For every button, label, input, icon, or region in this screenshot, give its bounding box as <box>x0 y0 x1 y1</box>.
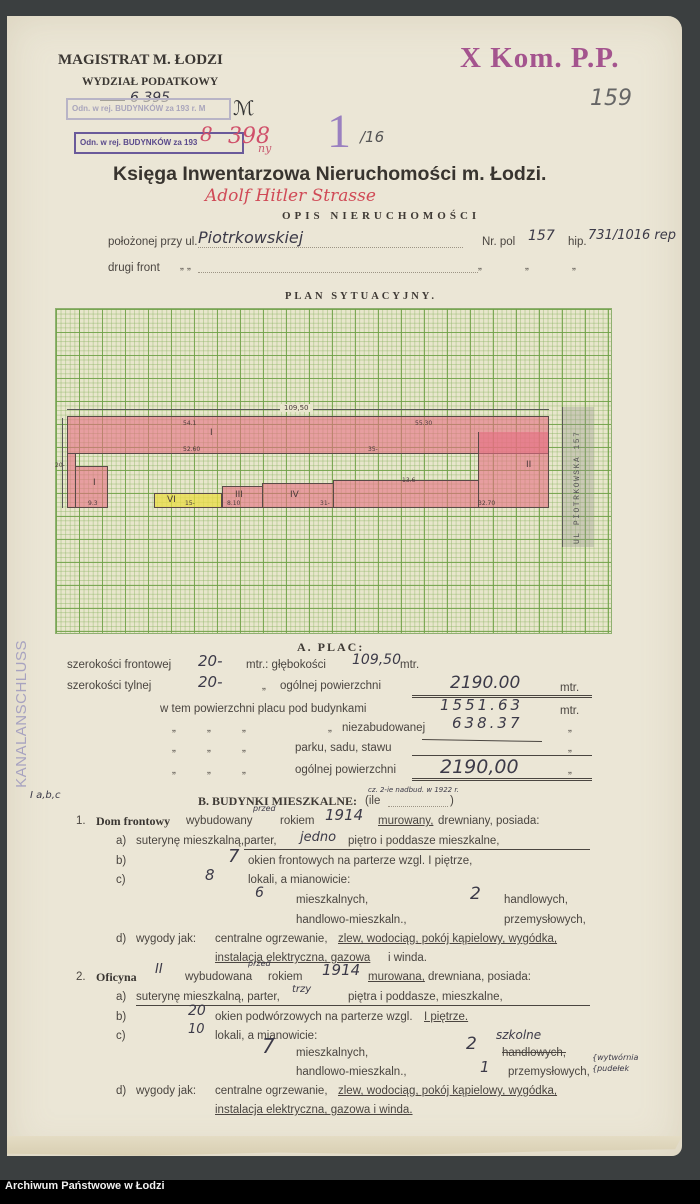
polozonej-label: położonej przy ul. <box>108 236 198 248</box>
hip-label: hip. <box>568 236 587 248</box>
plan-roman-IV: IV <box>290 490 299 500</box>
plan-roman-I: I <box>210 428 213 438</box>
ditto-row-1: „ „ „ <box>172 722 260 734</box>
hip-value: 731/1016 rep <box>588 228 676 243</box>
dom-c-hand: 8 <box>205 866 215 884</box>
dom-handl-hand: 2 <box>470 884 481 904</box>
oficyna-b-hand: 20 <box>188 1003 206 1019</box>
ditto-marks-left: „ „ <box>180 260 191 272</box>
nr-pol-value: 157 <box>528 228 555 244</box>
dom-d-wygody: wygody jak: <box>136 933 196 945</box>
dom-year: 1914 <box>325 806 363 824</box>
dom-b-hand: 7 <box>228 846 239 867</box>
plan-label-top-left-inner: 52.60 <box>183 446 200 453</box>
signature-initials: ℳ <box>233 96 254 120</box>
ogolnej2-ditto: „ <box>568 764 572 776</box>
oficyna-a-hand: trzy <box>292 984 311 995</box>
dom-d-line2-rest: i winda. <box>388 952 427 964</box>
dom-a-text-2: piętro i poddasze mieszkalne, <box>348 835 500 847</box>
plan-roman-I-left: I <box>93 478 96 488</box>
faded-registry-stamp: Odn. w rej. BUDYNKÓW za 193 r. M <box>66 98 231 120</box>
dom-przed: przed <box>253 804 276 813</box>
folio-number: 159 <box>590 86 632 111</box>
book-title: Księga Inwentarzowa Nieruchomości m. Łod… <box>113 163 546 186</box>
oficyna-szkolne-hand: 2 <box>466 1034 477 1054</box>
parku-ditto: „ <box>568 742 572 754</box>
ile-label: (ile <box>365 795 380 807</box>
ile-close: ) <box>450 795 454 807</box>
oficyna-mieszk-label: mieszkalnych, <box>296 1047 368 1059</box>
dom-d-centralne: centralne ogrzewanie, <box>215 933 328 945</box>
oficyna-mieszk-hand: 7 <box>262 1034 275 1058</box>
oficyna-murowana: murowana, <box>368 971 425 983</box>
dom-label: Dom frontowy <box>96 814 170 829</box>
ogolnej2-value: 2190,00 <box>440 756 519 778</box>
oficyna-przem-hand: 1 <box>480 1058 490 1076</box>
oficyna-rest: drewniana, posiada: <box>428 971 531 983</box>
registry-stamp: Odn. w rej. BUDYNKÓW za 193 <box>74 132 244 154</box>
oficyna-c-hand: 10 <box>188 1022 205 1037</box>
ogolnej2-rule <box>412 778 592 781</box>
plan-label-top-right-len: 55.30 <box>415 420 432 427</box>
plan-label-left-depth: 20- <box>55 462 65 469</box>
plan-title: PLAN SYTUACYJNY. <box>285 291 437 302</box>
szer-tylnej-label: szerokości tylnej <box>67 680 151 692</box>
dom-mieszk-hand: 6 <box>255 885 264 901</box>
dom-b-text: okien frontowych na parterze wzgl. I pię… <box>248 855 472 867</box>
oficyna-b-text-ul: I piętrze. <box>424 1011 468 1023</box>
plan-label-block-right: 13.6 <box>402 477 415 484</box>
drugi-front-label: drugi front <box>108 262 160 274</box>
ditto-row-3: „ „ „ <box>172 764 260 776</box>
stamp-hand-year: 8 <box>200 122 213 146</box>
plan-roman-II: II <box>526 460 531 470</box>
opis-subtitle: OPIS NIERUCHOMOŚCI <box>282 210 480 222</box>
ogolnej-value: 2190.00 <box>450 673 520 693</box>
oficyna-year: 1914 <box>322 961 360 979</box>
hand-initials: ny <box>258 142 271 155</box>
oficyna-roman: II <box>155 962 163 977</box>
dom-hm-label: handlowo-mieszkaln., <box>296 914 407 926</box>
oficyna-a-text-2: piętra i poddasze, mieszkalne, <box>348 991 503 1003</box>
oficyna-hm-label: handlowo-mieszkaln., <box>296 1066 407 1078</box>
szer-front-value: 20- <box>198 652 223 670</box>
oficyna-szkolne-note: szkolne <box>496 1028 541 1042</box>
plan-label-yellow: 15- <box>185 500 195 507</box>
oficyna-c-label: c) <box>116 1030 126 1042</box>
dom-rokiem: rokiem <box>280 815 315 827</box>
building-mid-right <box>333 480 478 508</box>
oficyna-d-line2-ul: instalacja elektryczna, gazowa i winda. <box>215 1104 413 1116</box>
oficyna-side-note-2: {pudełek <box>592 1064 629 1073</box>
ditto: „ <box>262 680 266 692</box>
oficyna-d-centralne: centralne ogrzewanie, <box>215 1085 328 1097</box>
glebokosci-value: 109,50 <box>352 652 401 668</box>
building-front-wing <box>67 416 549 454</box>
niezabudowanej-label: niezabudowanej <box>342 722 425 734</box>
ditto-row-2: „ „ „ <box>172 742 260 754</box>
dom-a-label: a) <box>116 835 126 847</box>
ogolnej-label: ogólnej powierzchni <box>280 680 381 692</box>
dom-mieszk-label: mieszkalnych, <box>296 894 368 906</box>
oficyna-d-wygody: wygody jak: <box>136 1085 196 1097</box>
registry-stamp-text: Odn. w rej. BUDYNKÓW za 193 <box>80 138 197 147</box>
dom-wybudowany: wybudowany <box>186 815 252 827</box>
street-value: Piotrkowskiej <box>198 228 303 247</box>
plan-label-top-left-len: 54.1 <box>183 420 196 427</box>
plan-roman-III: III <box>235 490 243 500</box>
building-left-strip <box>67 454 76 508</box>
dom-murowany: murowany, <box>378 815 433 827</box>
dom-d-label: d) <box>116 933 126 945</box>
niezabudowanej-ditto: „ <box>568 722 572 734</box>
kom-stamp: X Kom. P.P. <box>460 42 620 75</box>
oficyna-side-note-1: {wytwórnia <box>592 1053 638 1062</box>
oficyna-wybudowana: wybudowana <box>185 971 252 983</box>
kanalanschluss-stamp: KANALANSCHLUSS <box>13 640 30 788</box>
w-tem-label: w tem powierzchni placu pod budynkami <box>160 703 366 715</box>
wydzial-heading: WYDZIAŁ PODATKOWY <box>82 76 218 88</box>
oficyna-d-label: d) <box>116 1085 126 1097</box>
red-street-annotation: Adolf Hitler Strasse <box>205 186 376 206</box>
street-label: UL PIOTRKOWSKA 157 <box>573 410 585 544</box>
szer-tylnej-value: 20- <box>198 673 223 691</box>
street-field: Piotrkowskiej <box>198 228 463 248</box>
ditto-1b: „ <box>328 722 332 734</box>
oficyna-number: 2. <box>76 971 86 983</box>
oficyna-label: Oficyna <box>96 970 137 985</box>
ditto-marks-right: „ „ „ <box>478 260 596 272</box>
dom-przem-label: przemysłowych, <box>504 914 586 926</box>
oficyna-d-list: zlew, wodociąg, pokój kąpielowy, wygódka… <box>338 1085 557 1097</box>
glebokosci-unit: mtr. <box>400 659 419 671</box>
ogolnej2-label: ogólnej powierzchni <box>295 764 396 776</box>
niezabudowanej-value: 638.37 <box>452 714 523 732</box>
oficyna-przed: przed <box>248 959 271 968</box>
big-number-stamp: 1 <box>327 108 351 156</box>
ogolnej-unit: mtr. <box>560 682 579 694</box>
dom-number: 1. <box>76 815 86 827</box>
szer-front-label: szerokości frontowej <box>67 659 171 671</box>
pod-budynkami-value: 1551.63 <box>440 696 523 714</box>
drugi-front-dotted <box>198 272 478 273</box>
budynki-hand-note: cz. 2-ie nadbud. w 1922 r. <box>368 786 459 794</box>
dom-a-parter: parter, <box>244 835 277 847</box>
dom-a-hand: jedno <box>300 830 336 845</box>
building-right-wing <box>478 432 549 508</box>
plan-roman-VI: VI <box>167 495 176 505</box>
dom-rest: drewniany, posiada: <box>438 815 539 827</box>
plan-label-block-long: 31- <box>320 500 330 507</box>
dom-c-label: c) <box>116 874 126 886</box>
plan-label-left-block: 9.3 <box>88 500 98 507</box>
ile-dotted <box>388 806 448 807</box>
plan-label-bottom-right: 32.70 <box>478 500 495 507</box>
dom-handl-label: handlowych, <box>504 894 568 906</box>
glebokosci-label: mtr.: głębokości <box>246 659 326 671</box>
oficyna-a-label: a) <box>116 991 126 1003</box>
oficyna-b-label: b) <box>116 1011 126 1023</box>
pod-budynkami-unit: mtr. <box>560 705 579 717</box>
oficyna-przem-label: przemysłowych, <box>508 1066 590 1078</box>
dom-b-label: b) <box>116 855 126 867</box>
length-dimension-label: 109,50 <box>280 404 313 412</box>
magistrat-heading: MAGISTRAT M. ŁODZI <box>58 52 223 69</box>
plan-label-block-mid: 8.10 <box>227 500 240 507</box>
plan-label-top-right-inner: 35- <box>368 446 378 453</box>
parku-label: parku, sadu, stawu <box>295 742 392 754</box>
archive-label: Archiwum Państwowe w Łodzi <box>5 1180 165 1192</box>
dom-a-underline <box>244 849 590 850</box>
side-hand-note: I a,b,c <box>30 790 60 801</box>
nr-pol-label: Nr. pol <box>482 236 515 248</box>
oficyna-rokiem: rokiem <box>268 971 303 983</box>
big-number-fraction: /16 <box>360 128 384 146</box>
oficyna-handl-label: handlowych, <box>502 1047 566 1059</box>
dom-d-list: zlew, wodociąg, pokój kąpielowy, wygódka… <box>338 933 557 945</box>
oficyna-a-text: suterynę mieszkalną, parter, <box>136 991 280 1003</box>
oficyna-b-text: okien podwórzowych na parterze wzgl. <box>215 1011 413 1023</box>
